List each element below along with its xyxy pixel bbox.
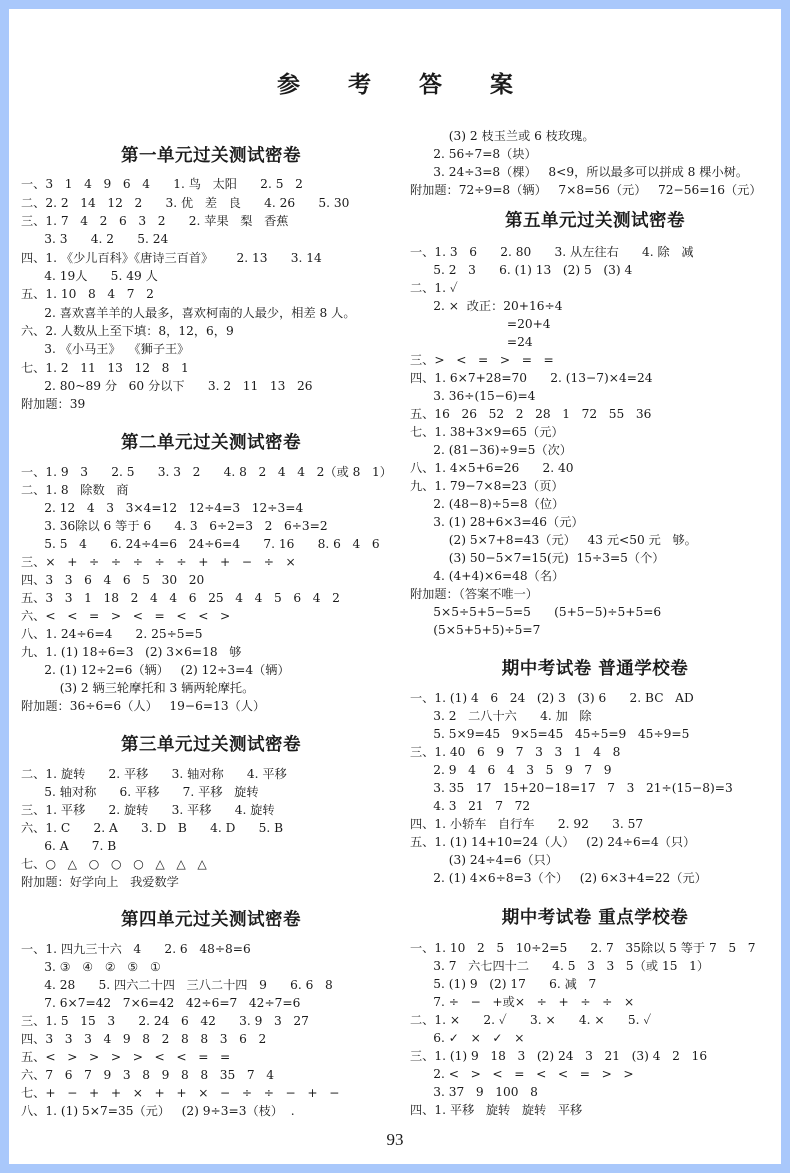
answer-line: 一、1. 10 2 5 10÷2=5 2. 7 35除以 5 等于 7 5 7 (410, 939, 755, 957)
answer-line: 六、2. 人数从上至下填：8，12，6，9 (21, 322, 234, 340)
answer-line: (3) 24÷4=6（只） (410, 851, 558, 869)
answer-line: 3. 《小马王》 《狮子王》 (21, 340, 189, 358)
answer-line: 七、○ △ ○ ○ ○ △ △ △ (21, 855, 207, 873)
answer-line: (3) 2 枝玉兰或 6 枝玫瑰。 (410, 127, 595, 145)
answer-line: 二、1. 8 除数 商 (21, 481, 128, 499)
answer-line: 2. × 改正：20+16÷4 (410, 297, 562, 315)
answer-line: =20+4 (410, 315, 551, 333)
answer-line: 4. (4+4)×6=48（名） (410, 567, 564, 585)
answer-line: 6. A 7. B (21, 837, 116, 855)
answer-line: 五、1. (1) 14+10=24（人） (2) 24÷6=4（只） (410, 833, 695, 851)
answer-line: 3. 2 二八十六 4. 加 除 (410, 707, 592, 725)
answer-line: 六、1. C 2. A 3. D B 4. D 5. B (21, 819, 283, 837)
answer-line: 2. 9 4 6 4 3 5 9 7 9 (410, 761, 612, 779)
answer-line: 八、1. 4×5+6=26 2. 40 (410, 459, 574, 477)
answer-line: 2. < > < = < < = > > (410, 1065, 634, 1083)
answer-line: 三、> < = > = = (410, 351, 554, 369)
answer-line: 一、1. 9 3 2. 5 3. 3 2 4. 8 2 4 4 2（或 8 1） (21, 463, 392, 481)
answer-line: 5. 5 4 6. 24÷4=6 24÷6=4 7. 16 8. 6 4 6 (21, 535, 380, 553)
section-title-unit-2: 第二单元过关测试密卷 (21, 429, 401, 454)
answer-line: (3) 50−5×7=15(元) 15÷3=5（个） (410, 549, 665, 567)
answer-line: 四、1. 《少儿百科》《唐诗三百首》 2. 13 3. 14 (21, 249, 322, 267)
answer-line: 附加题：36÷6=6（人） 19−6=13（人） (21, 697, 265, 715)
answer-line: 三、1. (1) 9 18 3 (2) 24 3 21 (3) 4 2 16 (410, 1047, 707, 1065)
answer-line: 九、1. (1) 18÷6=3 (2) 3×6=18 够 (21, 643, 241, 661)
section-title-midterm-normal: 期中考试卷 普通学校卷 (410, 655, 780, 680)
answer-line: (5×5+5+5)÷5=7 (410, 621, 540, 639)
answer-line: 七、1. 2 11 13 12 8 1 (21, 359, 189, 377)
answer-line: 3. 3 4. 2 5. 24 (21, 230, 168, 248)
answer-line: 九、1. 79−7×8=23（页） (410, 477, 564, 495)
answer-line: 5×5÷5+5−5=5 (5+5−5)÷5+5=6 (410, 603, 661, 621)
answer-line: 四、3 3 3 4 9 8 2 8 8 3 6 2 (21, 1030, 266, 1048)
page-number: 93 (9, 1130, 781, 1150)
answer-line: 5. 5×9=45 9×5=45 45÷5=9 45÷9=5 (410, 725, 689, 743)
answer-line: 四、1. 6×7+28=70 2. (13−7)×4=24 (410, 369, 652, 387)
answer-page: 参 考 答 案 第一单元过关测试密卷 一、3 1 4 9 6 4 1. 鸟 太阳… (9, 9, 781, 1164)
answer-line: 六、< < = > < = < < > (21, 607, 230, 625)
section-title-unit-4: 第四单元过关测试密卷 (21, 906, 401, 931)
answer-line: 四、1. 小轿车 自行车 2. 92 3. 57 (410, 815, 643, 833)
answer-line: 三、× + ÷ ÷ ÷ ÷ ÷ + + − ÷ × (21, 553, 296, 571)
answer-line: 附加题：（答案不唯一） (410, 585, 538, 603)
answer-line: 5. (1) 9 (2) 17 6. 减 7 (410, 975, 596, 993)
answer-line: (2) 5×7+8=43（元） 43 元<50 元 够。 (410, 531, 697, 549)
answer-line: 4. 28 5. 四六二十四 三八二十四 9 6. 6 8 (21, 976, 333, 994)
answer-line: 2. 56÷7=8（块） (410, 145, 537, 163)
answer-line: 2. 喜欢喜羊羊的人最多，喜欢柯南的人最少，相差 8 人。 (21, 304, 356, 322)
answer-line: 2. (81−36)÷9=5（次） (410, 441, 572, 459)
answer-line: 3. 37 9 100 8 (410, 1083, 538, 1101)
answer-line: 一、3 1 4 9 6 4 1. 鸟 太阳 2. 5 2 (21, 175, 303, 193)
answer-line: 三、1. 7 4 2 6 3 2 2. 苹果 梨 香蕉 (21, 212, 288, 230)
answer-line: 三、1. 5 15 3 2. 24 6 42 3. 9 3 27 (21, 1012, 309, 1030)
answer-line: 附加题：39 (21, 395, 85, 413)
answer-line: 五、1. 10 8 4 7 2 (21, 285, 154, 303)
answer-line: 八、1. 24÷6=4 2. 25÷5=5 (21, 625, 203, 643)
answer-line: =24 (410, 333, 533, 351)
answer-line: 四、3 3 6 4 6 5 30 20 (21, 571, 204, 589)
answer-line: 3. (1) 28+6×3=46（元） (410, 513, 584, 531)
section-title-unit-1: 第一单元过关测试密卷 (21, 142, 401, 167)
answer-line: 6. ✓ × ✓ × (410, 1029, 524, 1047)
answer-line: 3. 35 17 15+20−18=17 7 3 21÷(15−8)=3 (410, 779, 733, 797)
answer-line: 3. ③ ④ ② ⑤ ① (21, 958, 161, 976)
section-title-midterm-key: 期中考试卷 重点学校卷 (410, 904, 780, 929)
answer-line: 4. 19人 5. 49 人 (21, 267, 158, 285)
answer-line: 附加题：72÷9=8（辆） 7×8=56（元） 72−56=16（元） (410, 181, 762, 199)
answer-line: (3) 2 辆三轮摩托和 3 辆两轮摩托。 (21, 679, 254, 697)
answer-line: 四、1. 平移 旋转 旋转 平移 (410, 1101, 582, 1119)
answer-line: 五、3 3 1 18 2 4 4 6 25 4 4 5 6 4 2 (21, 589, 340, 607)
answer-line: 一、1. 四九三十六 4 2. 6 48÷8=6 (21, 940, 251, 958)
page-title: 参 考 答 案 (9, 66, 781, 99)
answer-line: 3. 36÷(15−6)=4 (410, 387, 535, 405)
answer-line: 2. 80~89 分 60 分以下 3. 2 11 13 26 (21, 377, 313, 395)
answer-line: 3. 24÷3=8（棵） 8<9，所以最多可以拼成 8 棵小树。 (410, 163, 748, 181)
answer-line: 三、1. 平移 2. 旋转 3. 平移 4. 旋转 (21, 801, 275, 819)
answer-line: 二、2. 2 14 12 2 3. 优 差 良 4. 26 5. 30 (21, 194, 349, 212)
answer-line: 六、7 6 7 9 3 8 9 8 8 35 7 4 (21, 1066, 274, 1084)
answer-line: 3. 7 六七四十二 4. 5 3 3 5（或 15 1） (410, 957, 709, 975)
answer-line: 二、1. ✓ (410, 279, 458, 297)
answer-line: 二、1. × 2. ✓ 3. × 4. × 5. ✓ (410, 1011, 651, 1029)
answer-line: 一、1. (1) 4 6 24 (2) 3 (3) 6 2. BC AD (410, 689, 694, 707)
answer-line: 7. ÷ − +或× ÷ + ÷ ÷ × (410, 993, 634, 1011)
answer-line: 一、1. 3 6 2. 80 3. 从左往右 4. 除 减 (410, 243, 694, 261)
answer-line: 二、1. 旋转 2. 平移 3. 轴对称 4. 平移 (21, 765, 287, 783)
answer-line: 3. 36除以 6 等于 6 4. 3 6÷2=3 2 6÷3=2 (21, 517, 328, 535)
answer-line: 2. (48−8)÷5=8（位） (410, 495, 564, 513)
answer-line: 2. (1) 12÷2=6（辆） (2) 12÷3=4（辆） (21, 661, 290, 679)
answer-line: 五、16 26 52 2 28 1 72 55 36 (410, 405, 651, 423)
answer-line: 5. 2 3 6. (1) 13 (2) 5 (3) 4 (410, 261, 632, 279)
answer-line: 5. 轴对称 6. 平移 7. 平移 旋转 (21, 783, 259, 801)
answer-line: 七、+ − + + × + + × − ÷ ÷ − + − (21, 1084, 339, 1102)
section-title-unit-5: 第五单元过关测试密卷 (410, 207, 780, 232)
section-title-unit-3: 第三单元过关测试密卷 (21, 731, 401, 756)
answer-line: 八、1. (1) 5×7=35（元） (2) 9÷3=3（枝） . (21, 1102, 295, 1120)
answer-line: 7. 6×7=42 7×6=42 42÷6=7 42÷7=6 (21, 994, 300, 1012)
answer-line: 4. 3 21 7 72 (410, 797, 530, 815)
answer-line: 三、1. 40 6 9 7 3 3 1 4 8 (410, 743, 620, 761)
answer-line: 七、1. 38+3×9=65（元） (410, 423, 564, 441)
answer-line: 五、< > > > > < < = = (21, 1048, 230, 1066)
answer-line: 2. (1) 4×6÷8=3（个） (2) 6×3+4=22（元） (410, 869, 707, 887)
answer-line: 2. 12 4 3 3×4=12 12÷4=3 12÷3=4 (21, 499, 303, 517)
answer-line: 附加题：好学向上 我爱数学 (21, 873, 179, 891)
